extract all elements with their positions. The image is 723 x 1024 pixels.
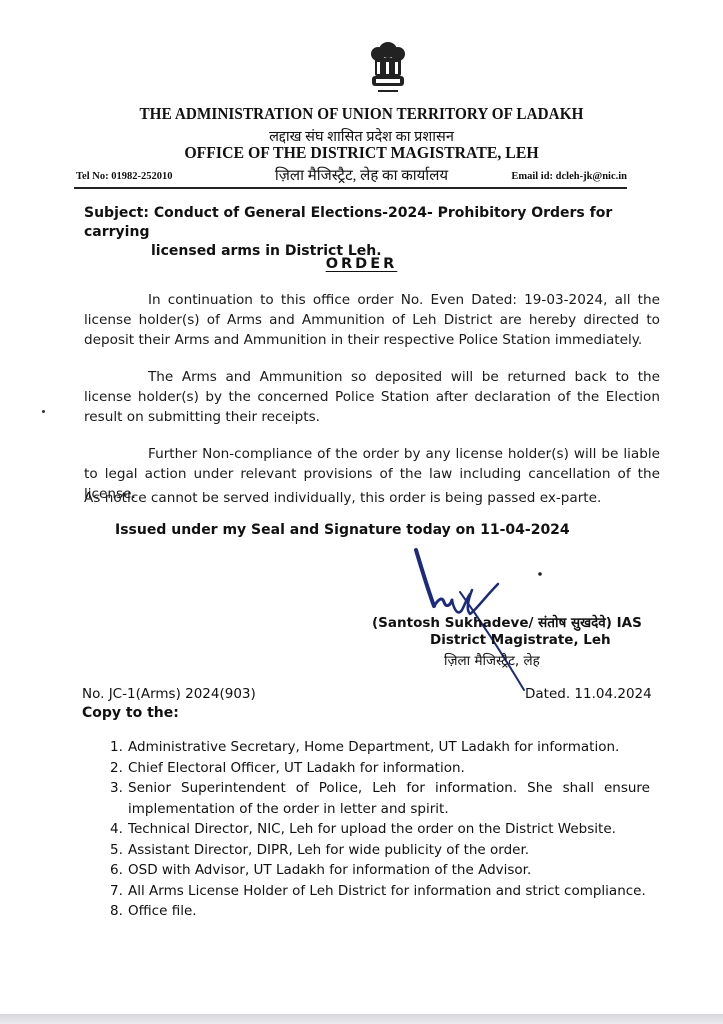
list-item-text: Technical Director, NIC, Leh for upload …: [128, 821, 616, 837]
list-item-text: OSD with Advisor, UT Ladakh for informat…: [128, 862, 531, 878]
list-item-text: Assistant Director, DIPR, Leh for wide p…: [128, 842, 529, 858]
issued-line: Issued under my Seal and Signature today…: [115, 522, 570, 538]
signatory-designation: District Magistrate, Leh: [430, 632, 611, 648]
header-divider: [74, 187, 627, 189]
list-item-number: 1.: [110, 737, 123, 758]
copy-to-list: 1.Administrative Secretary, Home Departm…: [110, 737, 650, 922]
list-item-text: Chief Electoral Officer, UT Ladakh for i…: [128, 760, 465, 776]
order-title: ORDER: [0, 256, 723, 272]
list-item: 3.Senior Superintendent of Police, Leh f…: [110, 778, 650, 819]
list-item-text: Office file.: [128, 903, 197, 919]
list-item-number: 7.: [110, 881, 123, 902]
list-item-number: 2.: [110, 758, 123, 779]
paragraph-deposit-directive: In continuation to this office order No.…: [84, 290, 660, 350]
list-item-text: Senior Superintendent of Police, Leh for…: [128, 780, 650, 817]
subject-line-1: Subject: Conduct of General Elections-20…: [84, 205, 612, 240]
list-item: 8.Office file.: [110, 901, 650, 922]
list-item-number: 5.: [110, 840, 123, 861]
list-item-text: All Arms License Holder of Leh District …: [128, 883, 646, 899]
list-item: 4.Technical Director, NIC, Leh for uploa…: [110, 819, 650, 840]
list-item-number: 3.: [110, 778, 123, 799]
list-item: 1.Administrative Secretary, Home Departm…: [110, 737, 650, 758]
list-item-number: 6.: [110, 860, 123, 881]
list-item: 6.OSD with Advisor, UT Ladakh for inform…: [110, 860, 650, 881]
page-bottom-edge: [0, 1014, 723, 1024]
document-page: THE ADMINISTRATION OF UNION TERRITORY OF…: [0, 0, 723, 1014]
email-address: Email id: dcleh-jk@nic.in: [511, 171, 627, 182]
list-item-number: 4.: [110, 819, 123, 840]
signatory-name: (Santosh Sukhadeve/ संतोष सुखदेवे) IAS: [372, 613, 642, 631]
list-item: 7.All Arms License Holder of Leh Distric…: [110, 881, 650, 902]
copy-to-heading: Copy to the:: [82, 705, 179, 721]
list-item-text: Administrative Secretary, Home Departmen…: [128, 739, 619, 755]
telephone-number: Tel No: 01982-252010: [76, 171, 172, 182]
list-item: 2.Chief Electoral Officer, UT Ladakh for…: [110, 758, 650, 779]
list-item-number: 8.: [110, 901, 123, 922]
scan-speck: [42, 410, 45, 413]
header-office-en: OFFICE OF THE DISTRICT MAGISTRATE, LEH: [25, 143, 697, 163]
national-emblem-icon: [366, 38, 410, 106]
signatory-designation-hi: ज़िला मैजिस्ट्रैट, लेह: [444, 651, 540, 669]
paragraph-ex-parte: As notice cannot be served individually,…: [84, 488, 660, 508]
header-administration-en: THE ADMINISTRATION OF UNION TERRITORY OF…: [29, 104, 694, 124]
reference-number: No. JC-1(Arms) 2024(903): [82, 686, 256, 702]
paragraph-return-arms: The Arms and Ammunition so deposited wil…: [84, 367, 660, 427]
order-title-text: ORDER: [326, 256, 398, 272]
subject: Subject: Conduct of General Elections-20…: [84, 204, 674, 261]
list-item: 5.Assistant Director, DIPR, Leh for wide…: [110, 840, 650, 861]
reference-date: Dated. 11.04.2024: [525, 686, 652, 702]
